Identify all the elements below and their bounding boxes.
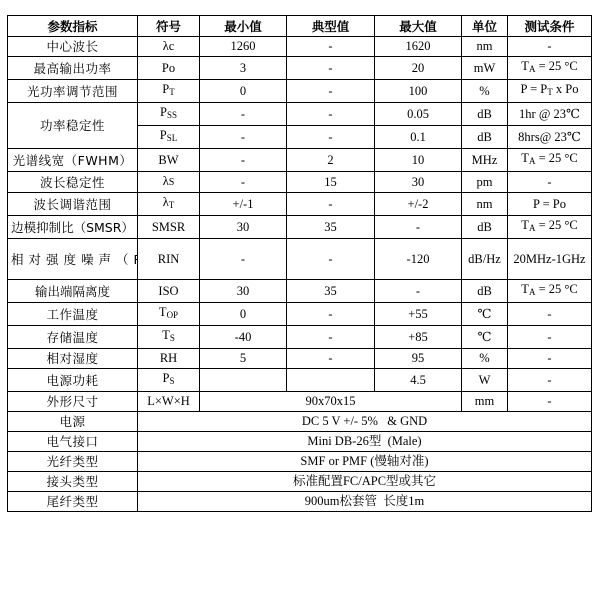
param-name: 尾纤类型 bbox=[8, 492, 138, 512]
spec-value: Mini DB-26型 (Male) bbox=[138, 432, 592, 452]
table-row: 电源 DC 5 V +/- 5% & GND bbox=[8, 412, 592, 432]
symbol: PSS bbox=[138, 103, 200, 126]
symbol: Po bbox=[138, 57, 200, 80]
max-value: 20 bbox=[375, 57, 462, 80]
typ-value bbox=[287, 369, 375, 392]
max-value: 0.05 bbox=[375, 103, 462, 126]
spec-value: 标准配置FC/APC型或其它 bbox=[138, 472, 592, 492]
typ-value: - bbox=[287, 239, 375, 280]
table-row: 外形尺寸 L×W×H 90x70x15 mm - bbox=[8, 392, 592, 412]
unit: mm bbox=[462, 392, 508, 412]
param-name: 中心波长 bbox=[8, 37, 138, 57]
symbol: L×W×H bbox=[138, 392, 200, 412]
unit: nm bbox=[462, 193, 508, 216]
condition: - bbox=[508, 326, 592, 349]
unit: dB bbox=[462, 280, 508, 303]
min-value: - bbox=[200, 126, 287, 149]
param-name: 光谱线宽（FWHM） bbox=[8, 149, 138, 172]
symbol: RH bbox=[138, 349, 200, 369]
param-name: 波长稳定性 bbox=[8, 172, 138, 193]
unit: pm bbox=[462, 172, 508, 193]
spec-value: DC 5 V +/- 5% & GND bbox=[138, 412, 592, 432]
header-param: 参数指标 bbox=[8, 16, 138, 37]
table-row: 光功率调节范围 PT 0 - 100 % P = PT x Po bbox=[8, 80, 592, 103]
header-symbol: 符号 bbox=[138, 16, 200, 37]
min-value: 1260 bbox=[200, 37, 287, 57]
symbol: PT bbox=[138, 80, 200, 103]
header-unit: 单位 bbox=[462, 16, 508, 37]
table-row: 存储温度 TS -40 - +85 ℃ - bbox=[8, 326, 592, 349]
spec-table: 参数指标 符号 最小值 典型值 最大值 单位 测试条件 中心波长 λc 1260… bbox=[7, 15, 592, 512]
param-name: 相对强度噪声（RIN） bbox=[8, 239, 138, 280]
param-name: 相对湿度 bbox=[8, 349, 138, 369]
condition: - bbox=[508, 172, 592, 193]
condition: 1hr @ 23℃ bbox=[508, 103, 592, 126]
dimension-value: 90x70x15 bbox=[200, 392, 462, 412]
typ-value: - bbox=[287, 193, 375, 216]
table-row: 工作温度 TOP 0 - +55 ℃ - bbox=[8, 303, 592, 326]
symbol: TS bbox=[138, 326, 200, 349]
max-value: +55 bbox=[375, 303, 462, 326]
max-value: +/-2 bbox=[375, 193, 462, 216]
symbol: SMSR bbox=[138, 216, 200, 239]
max-value: 100 bbox=[375, 80, 462, 103]
typ-value: - bbox=[287, 80, 375, 103]
min-value: +/-1 bbox=[200, 193, 287, 216]
param-name: 输出端隔离度 bbox=[8, 280, 138, 303]
typ-value: 15 bbox=[287, 172, 375, 193]
typ-value: - bbox=[287, 126, 375, 149]
max-value: -120 bbox=[375, 239, 462, 280]
typ-value: 2 bbox=[287, 149, 375, 172]
condition: TA = 25 °C bbox=[508, 280, 592, 303]
table-row: 边模抑制比（SMSR） SMSR 30 35 - dB TA = 25 °C bbox=[8, 216, 592, 239]
param-name: 工作温度 bbox=[8, 303, 138, 326]
condition: - bbox=[508, 392, 592, 412]
symbol: BW bbox=[138, 149, 200, 172]
param-name: 光纤类型 bbox=[8, 452, 138, 472]
typ-value: - bbox=[287, 103, 375, 126]
symbol: λc bbox=[138, 37, 200, 57]
unit: % bbox=[462, 80, 508, 103]
condition: 20MHz-1GHz bbox=[508, 239, 592, 280]
spec-value: SMF or PMF (慢轴对准) bbox=[138, 452, 592, 472]
min-value: -40 bbox=[200, 326, 287, 349]
param-name: 波长调谐范围 bbox=[8, 193, 138, 216]
table-row: 波长调谐范围 λT +/-1 - +/-2 nm P = Po bbox=[8, 193, 592, 216]
typ-value: 35 bbox=[287, 216, 375, 239]
header-typ: 典型值 bbox=[287, 16, 375, 37]
header-condition: 测试条件 bbox=[508, 16, 592, 37]
unit: mW bbox=[462, 57, 508, 80]
symbol: λT bbox=[138, 193, 200, 216]
unit: MHz bbox=[462, 149, 508, 172]
typ-value: - bbox=[287, 37, 375, 57]
table-row: 尾纤类型 900um松套管 长度1m bbox=[8, 492, 592, 512]
unit: ℃ bbox=[462, 303, 508, 326]
min-value: - bbox=[200, 172, 287, 193]
max-value: - bbox=[375, 216, 462, 239]
condition: P = PT x Po bbox=[508, 80, 592, 103]
min-value: - bbox=[200, 239, 287, 280]
min-value: 3 bbox=[200, 57, 287, 80]
min-value: 0 bbox=[200, 80, 287, 103]
table-row: 电源功耗 PS 4.5 W - bbox=[8, 369, 592, 392]
symbol: PS bbox=[138, 369, 200, 392]
unit: dB bbox=[462, 126, 508, 149]
table-row: 相对强度噪声（RIN） RIN - - -120 dB/Hz 20MHz-1GH… bbox=[8, 239, 592, 280]
header-min: 最小值 bbox=[200, 16, 287, 37]
condition: TA = 25 °C bbox=[508, 57, 592, 80]
table-row: 接头类型 标准配置FC/APC型或其它 bbox=[8, 472, 592, 492]
spec-value: 900um松套管 长度1m bbox=[138, 492, 592, 512]
max-value: +85 bbox=[375, 326, 462, 349]
table-header-row: 参数指标 符号 最小值 典型值 最大值 单位 测试条件 bbox=[8, 16, 592, 37]
table-row: 波长稳定性 λS - 15 30 pm - bbox=[8, 172, 592, 193]
condition: P = Po bbox=[508, 193, 592, 216]
table-row: 功率稳定性 PSS - - 0.05 dB 1hr @ 23℃ bbox=[8, 103, 592, 126]
param-name: 电气接口 bbox=[8, 432, 138, 452]
unit: ℃ bbox=[462, 326, 508, 349]
unit: dB bbox=[462, 216, 508, 239]
condition: - bbox=[508, 303, 592, 326]
min-value: 30 bbox=[200, 216, 287, 239]
condition: - bbox=[508, 349, 592, 369]
typ-value: - bbox=[287, 57, 375, 80]
param-name: 接头类型 bbox=[8, 472, 138, 492]
max-value: 1620 bbox=[375, 37, 462, 57]
param-name: 功率稳定性 bbox=[8, 103, 138, 149]
param-name: 存储温度 bbox=[8, 326, 138, 349]
typ-value: - bbox=[287, 326, 375, 349]
unit: % bbox=[462, 349, 508, 369]
table-row: 光纤类型 SMF or PMF (慢轴对准) bbox=[8, 452, 592, 472]
typ-value: - bbox=[287, 303, 375, 326]
table-row: 相对湿度 RH 5 - 95 % - bbox=[8, 349, 592, 369]
unit: dB/Hz bbox=[462, 239, 508, 280]
max-value: - bbox=[375, 280, 462, 303]
condition: - bbox=[508, 369, 592, 392]
unit: nm bbox=[462, 37, 508, 57]
max-value: 30 bbox=[375, 172, 462, 193]
min-value: - bbox=[200, 149, 287, 172]
typ-value: - bbox=[287, 349, 375, 369]
param-name: 外形尺寸 bbox=[8, 392, 138, 412]
condition: TA = 25 °C bbox=[508, 216, 592, 239]
max-value: 0.1 bbox=[375, 126, 462, 149]
symbol: λS bbox=[138, 172, 200, 193]
table-row: 中心波长 λc 1260 - 1620 nm - bbox=[8, 37, 592, 57]
symbol: PSL bbox=[138, 126, 200, 149]
table-row: 最高输出功率 Po 3 - 20 mW TA = 25 °C bbox=[8, 57, 592, 80]
param-name: 光功率调节范围 bbox=[8, 80, 138, 103]
min-value: 0 bbox=[200, 303, 287, 326]
param-name: 电源 bbox=[8, 412, 138, 432]
min-value: 5 bbox=[200, 349, 287, 369]
condition: 8hrs@ 23℃ bbox=[508, 126, 592, 149]
param-name: 边模抑制比（SMSR） bbox=[8, 216, 138, 239]
table-row: 输出端隔离度 ISO 30 35 - dB TA = 25 °C bbox=[8, 280, 592, 303]
min-value: - bbox=[200, 103, 287, 126]
table-row: 光谱线宽（FWHM） BW - 2 10 MHz TA = 25 °C bbox=[8, 149, 592, 172]
min-value: 30 bbox=[200, 280, 287, 303]
unit: dB bbox=[462, 103, 508, 126]
max-value: 10 bbox=[375, 149, 462, 172]
typ-value: 35 bbox=[287, 280, 375, 303]
condition: - bbox=[508, 37, 592, 57]
condition: TA = 25 °C bbox=[508, 149, 592, 172]
unit: W bbox=[462, 369, 508, 392]
min-value bbox=[200, 369, 287, 392]
param-name: 最高输出功率 bbox=[8, 57, 138, 80]
symbol: RIN bbox=[138, 239, 200, 280]
param-name: 电源功耗 bbox=[8, 369, 138, 392]
max-value: 4.5 bbox=[375, 369, 462, 392]
symbol: TOP bbox=[138, 303, 200, 326]
symbol: ISO bbox=[138, 280, 200, 303]
header-max: 最大值 bbox=[375, 16, 462, 37]
max-value: 95 bbox=[375, 349, 462, 369]
table-row: 电气接口 Mini DB-26型 (Male) bbox=[8, 432, 592, 452]
